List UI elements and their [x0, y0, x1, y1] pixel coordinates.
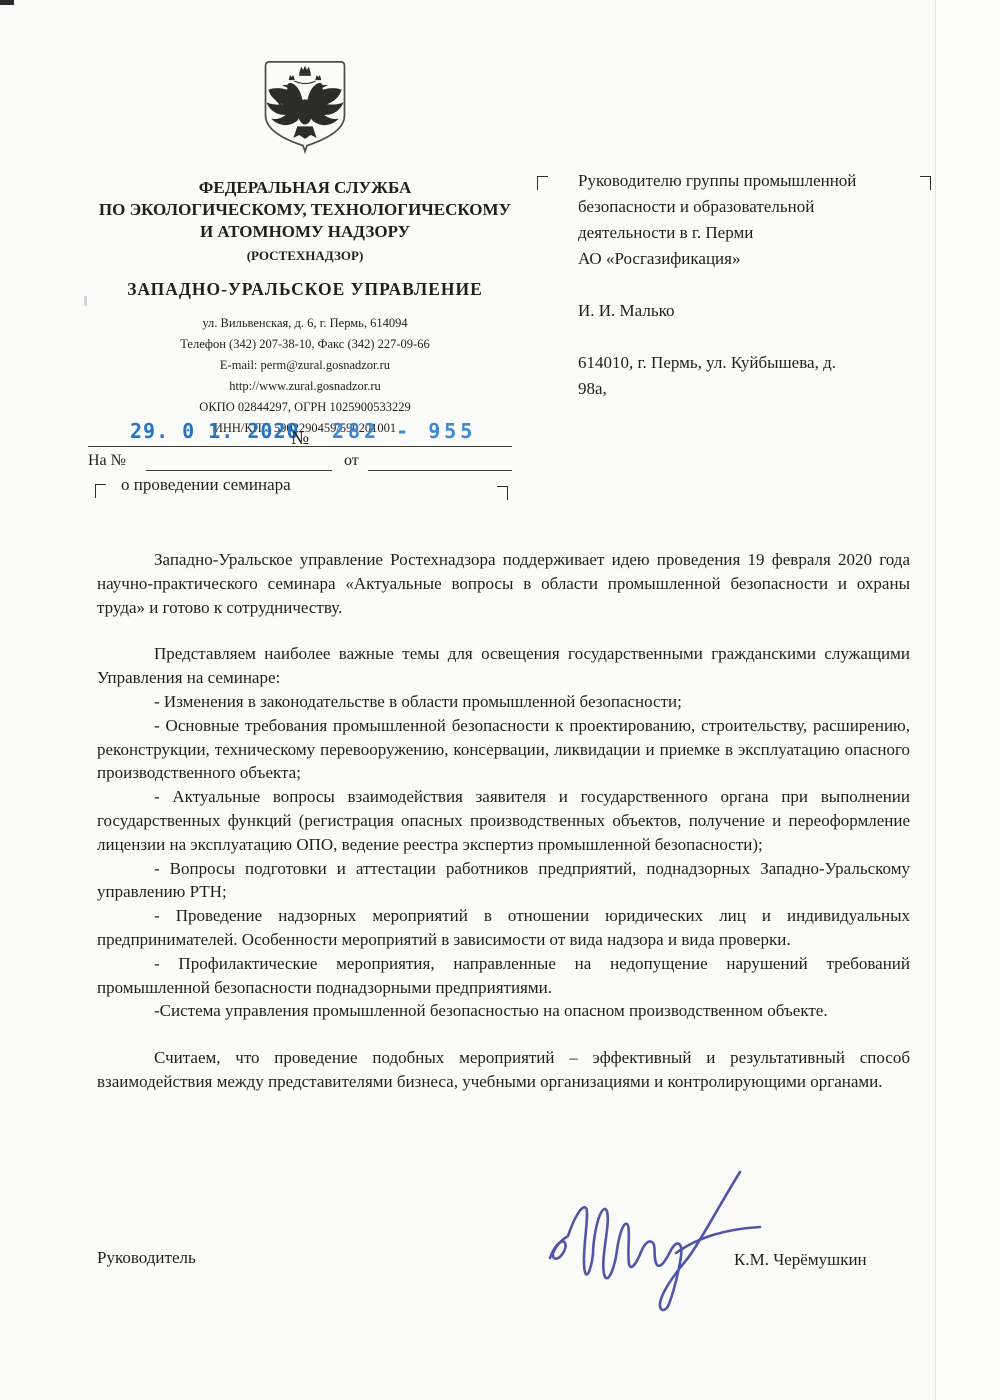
- double-headed-eagle-icon: [257, 58, 353, 162]
- scan-corner-artifact: [0, 0, 14, 5]
- org-name-line: И АТОМНОМУ НАДЗОРУ: [85, 221, 525, 243]
- recipient-block: Руководителю группы промышленной безопас…: [578, 168, 926, 402]
- topic-item: - Изменения в законодательстве в области…: [97, 690, 910, 714]
- okpo-ogrn: ОКПО 02844297, ОГРН 1025900533229: [85, 397, 525, 418]
- number-sign: №: [291, 428, 309, 450]
- spacer: [578, 324, 926, 350]
- topics-list: - Изменения в законодательстве в области…: [97, 690, 910, 1023]
- recipient-address-line: 98а,: [578, 376, 926, 402]
- body-paragraph: Западно-Уральское управление Ростехнадзо…: [97, 548, 910, 619]
- topic-item: - Проведение надзорных мероприятий в отн…: [97, 904, 910, 952]
- subject-corner-mark-right: [497, 486, 508, 500]
- recipient-corner-mark-left: [537, 176, 548, 190]
- org-name-line: ПО ЭКОЛОГИЧЕСКОМУ, ТЕХНОЛОГИЧЕСКОМУ: [85, 199, 525, 221]
- scanned-letter-page: ФЕДЕРАЛЬНАЯ СЛУЖБА ПО ЭКОЛОГИЧЕСКОМУ, ТЕ…: [0, 0, 1000, 1400]
- org-name-line: ФЕДЕРАЛЬНАЯ СЛУЖБА: [85, 177, 525, 199]
- reply-from-label: от: [344, 452, 359, 470]
- recipient-name: И. И. Малько: [578, 298, 926, 324]
- subject-line: о проведении семинара: [121, 475, 291, 495]
- body-paragraph: Представляем наиболее важные темы для ос…: [97, 642, 910, 690]
- signer-name: К.М. Черёмушкин: [734, 1250, 867, 1270]
- spacer: [578, 272, 926, 298]
- recipient-line: АО «Росгазификация»: [578, 246, 926, 272]
- org-short-name: (РОСТЕХНАДЗОР): [85, 246, 525, 266]
- letterhead: ФЕДЕРАЛЬНАЯ СЛУЖБА ПО ЭКОЛОГИЧЕСКОМУ, ТЕ…: [85, 58, 525, 439]
- topic-item: - Основные требования промышленной безоп…: [97, 714, 910, 785]
- letter-body: Западно-Уральское управление Ростехнадзо…: [97, 548, 910, 1094]
- topic-item: - Вопросы подготовки и аттестации работн…: [97, 857, 910, 905]
- topic-item: - Актуальные вопросы взаимодействия заяв…: [97, 785, 910, 856]
- reply-date-underline: [368, 456, 512, 471]
- recipient-line: деятельности в г. Перми: [578, 220, 926, 246]
- topic-item: - Профилактические мероприятия, направле…: [97, 952, 910, 1000]
- email: E-mail: perm@zural.gosnadzor.ru: [85, 355, 525, 376]
- topic-item: -Система управления промышленной безопас…: [97, 999, 910, 1023]
- phone-fax: Телефон (342) 207-38-10, Факс (342) 227-…: [85, 334, 525, 355]
- reply-number-underline: [146, 456, 332, 471]
- number-underline: [320, 432, 512, 447]
- subject-corner-mark-left: [95, 484, 106, 498]
- website: http://www.zural.gosnadzor.ru: [85, 376, 525, 397]
- recipient-line: безопасности и образовательной: [578, 194, 926, 220]
- closing-paragraph: Считаем, что проведение подобных меропри…: [97, 1046, 910, 1094]
- scan-edge-artifact: [935, 0, 1000, 1400]
- postal-address: ул. Вильвенская, д. 6, г. Пермь, 614094: [85, 313, 525, 334]
- recipient-line: Руководителю группы промышленной: [578, 168, 926, 194]
- handwritten-signature: [528, 1158, 778, 1338]
- reply-to-number-label: На №: [88, 452, 126, 470]
- signer-title: Руководитель: [97, 1248, 196, 1268]
- coat-of-arms: [257, 58, 353, 167]
- recipient-address-line: 614010, г. Пермь, ул. Куйбышева, д.: [578, 350, 926, 376]
- division-name: ЗАПАДНО-УРАЛЬСКОЕ УПРАВЛЕНИЕ: [85, 279, 525, 300]
